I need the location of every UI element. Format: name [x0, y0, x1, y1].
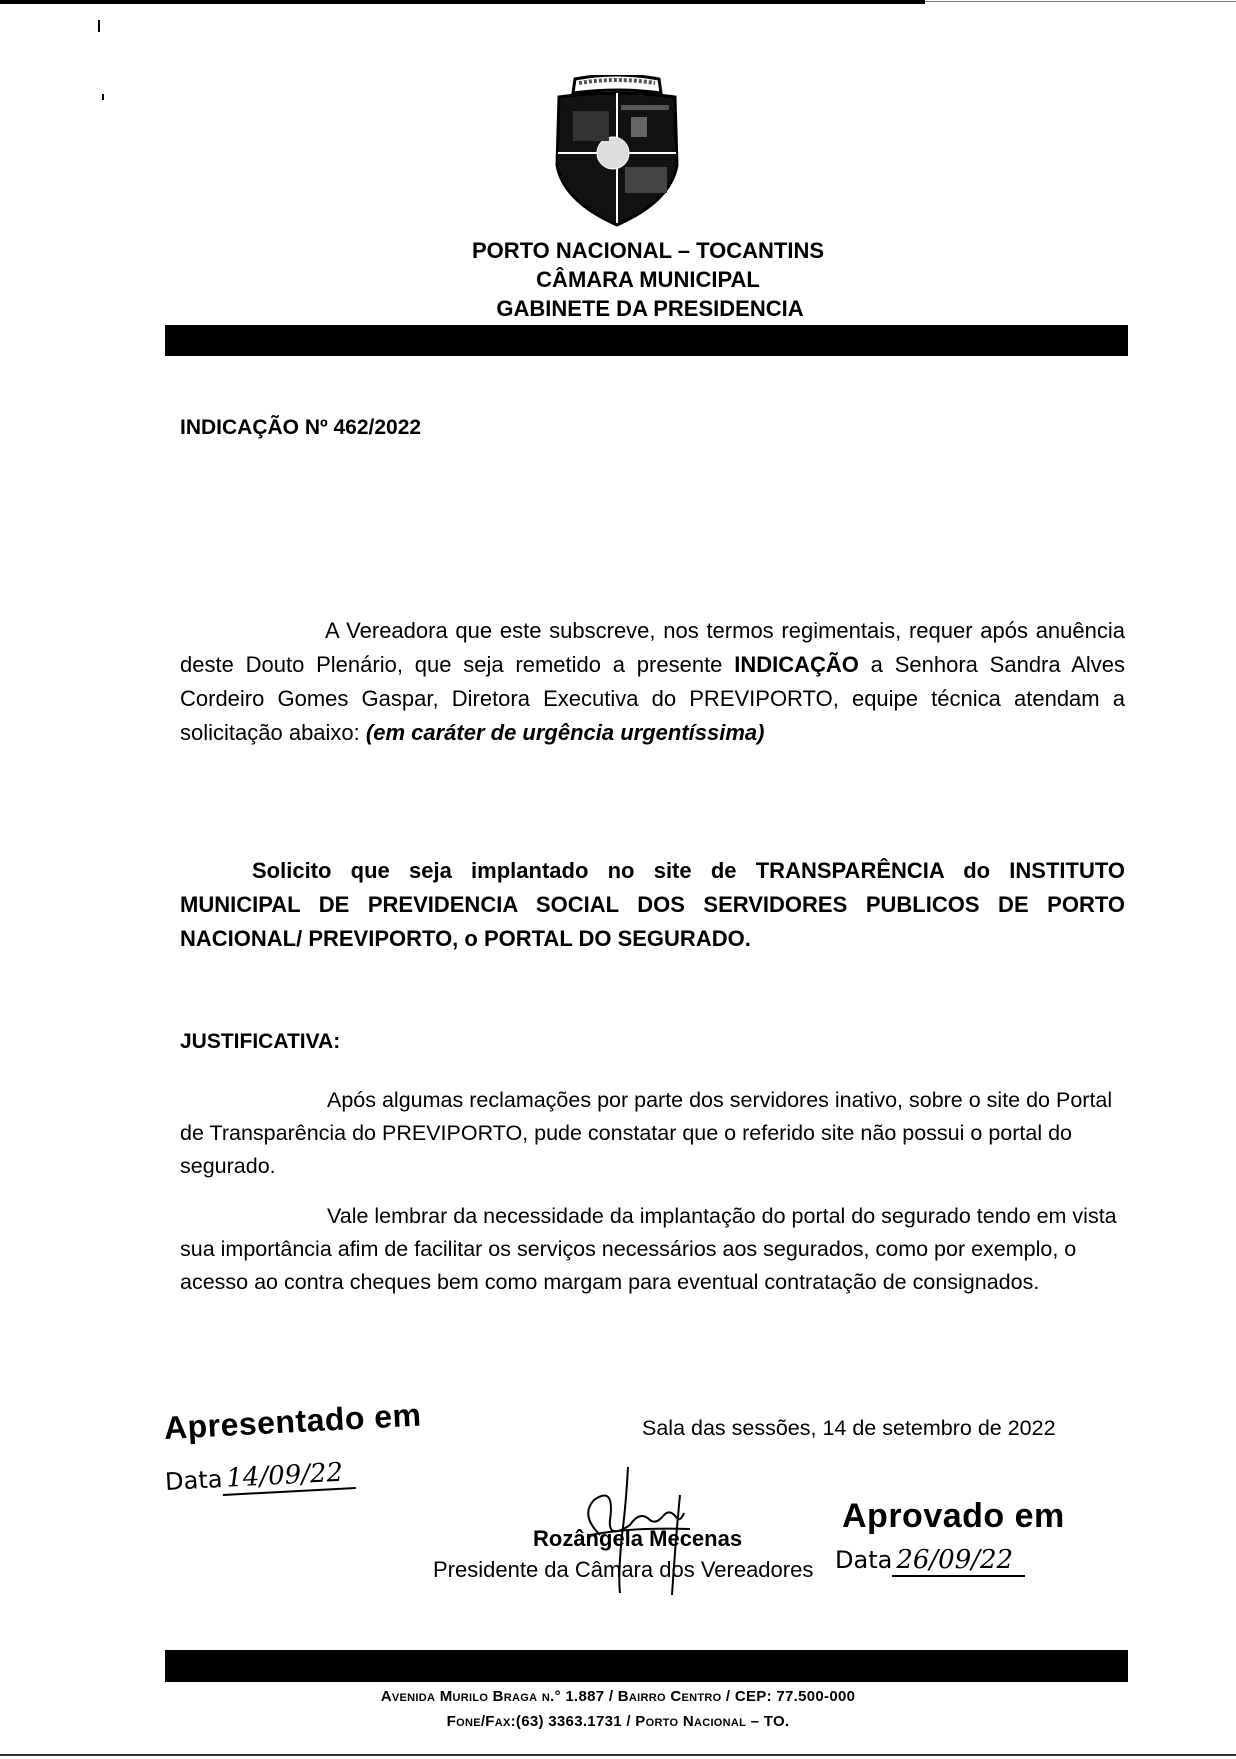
header-city: PORTO NACIONAL – TOCANTINS — [0, 238, 1236, 264]
approved-stamp-label: Aprovado em — [842, 1497, 1065, 1536]
signatory-name: Rozângela Mecenas — [533, 1526, 742, 1552]
scan-speck — [98, 20, 100, 32]
document-title: INDICAÇÃO Nº 462/2022 — [180, 416, 421, 440]
presented-stamp-label: Apresentado em — [163, 1397, 422, 1447]
intro-urgency: (em caráter de urgência urgentíssima) — [366, 720, 765, 745]
presented-date-label: Data — [164, 1465, 223, 1496]
place-date: Sala das sessões, 14 de setembro de 2022 — [642, 1416, 1056, 1441]
request-paragraph: Solicito que seja implantado no site de … — [180, 854, 1125, 956]
header-chamber: CÂMARA MUNICIPAL — [0, 267, 1236, 293]
presented-stamp-date: Data14/09/22 — [164, 1457, 355, 1497]
justification-paragraph-1: Após algumas reclamações por parte dos s… — [180, 1084, 1125, 1183]
approved-date-label: Data — [835, 1546, 892, 1574]
intro-bold: INDICAÇÃO — [734, 652, 859, 677]
justification-paragraph-2: Vale lembrar da necessidade da implantaç… — [180, 1200, 1125, 1299]
scan-edge-top-thin — [925, 1, 1236, 2]
header-divider-bar — [165, 325, 1128, 356]
approved-stamp-date: Data26/09/22 — [835, 1545, 1025, 1575]
presented-date-handwritten: 14/09/22 — [222, 1457, 356, 1496]
scan-edge-bottom — [0, 1754, 1236, 1756]
coat-of-arms-icon — [553, 75, 681, 227]
scan-edge-top — [0, 0, 925, 4]
footer-divider-bar — [165, 1650, 1128, 1682]
footer-contact: Fone/Fax:(63) 3363.1731 / Porto Nacional… — [0, 1713, 1236, 1730]
footer-address: Avenida Murilo Braga n.° 1.887 / Bairro … — [0, 1688, 1236, 1705]
justification-heading: JUSTIFICATIVA: — [180, 1030, 340, 1054]
scan-speck — [102, 94, 104, 100]
signatory-role: Presidente da Câmara dos Vereadores — [433, 1557, 813, 1583]
approved-date-handwritten: 26/09/22 — [892, 1545, 1025, 1577]
intro-paragraph: A Vereadora que este subscreve, nos term… — [180, 614, 1125, 750]
header-office: GABINETE DA PRESIDENCIA — [0, 296, 1236, 322]
